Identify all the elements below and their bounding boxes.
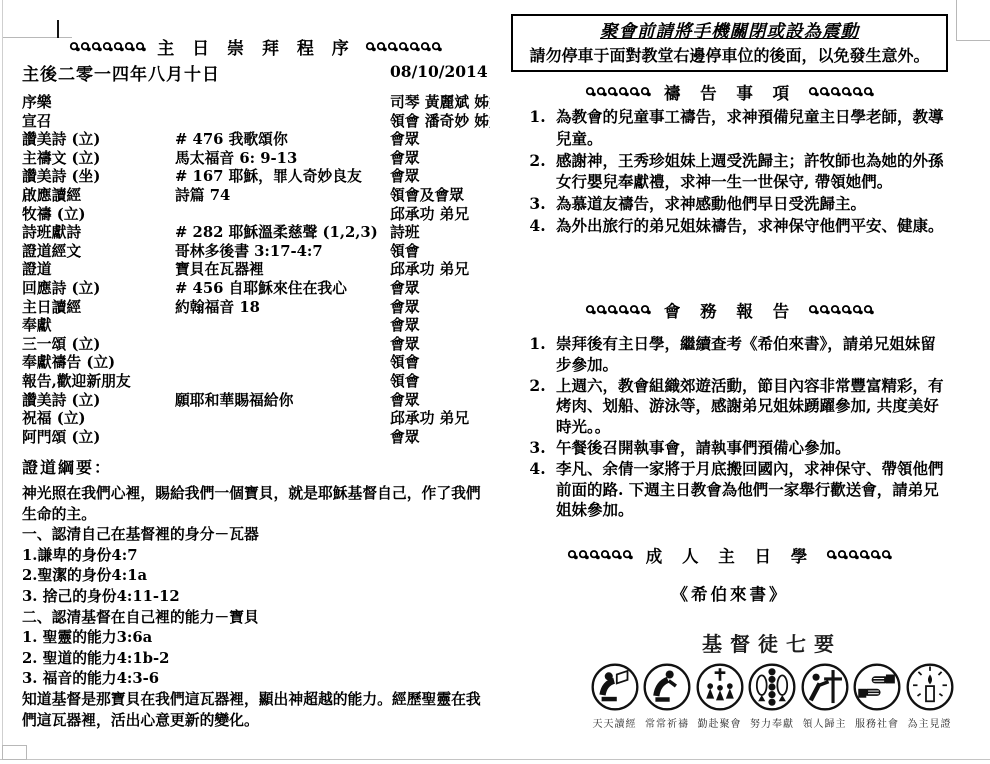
order-item-who: 會眾 [390, 429, 490, 448]
order-item-who: 邱承功 弟兄 [390, 261, 490, 280]
order-item-who: 會眾 [390, 150, 490, 169]
order-item-detail [175, 410, 390, 429]
text-boundary-mark-top-right-v [956, 0, 957, 40]
report-item: 午餐後召開執事會，請執事們預備心參加。 [551, 438, 949, 459]
essential-offering: 努力奉獻 [747, 662, 798, 730]
essential-label: 常常祈禱 [645, 715, 689, 730]
order-item-who: 會眾 [390, 392, 490, 411]
report-item: 上週六，教會組織郊遊活動，節目內容非常豐富精彩，有烤肉、划船、游泳等，感謝弟兄姐… [551, 376, 949, 438]
order-item-detail: # 476 我歌頌你 [175, 131, 390, 150]
order-item-detail [175, 336, 390, 355]
phone-notice: 聚會前請將手機關閉或設為震動 [515, 18, 944, 43]
order-item-detail [175, 206, 390, 225]
order-item-detail: 願耶和華賜福給你 [175, 392, 390, 411]
order-item-who: 會眾 [390, 168, 490, 187]
page-left-edge-line [2, 0, 3, 746]
date-numeric: 08/10/2014 [390, 60, 490, 85]
report-section-header: 會 務 報 告 [511, 298, 949, 322]
serve-society-icon [852, 662, 902, 712]
essential-serve-society: 服務社會 [852, 662, 903, 730]
chain-ornament-icon [585, 304, 652, 316]
order-row: 啟應讀經 詩篇 74 領會及會眾 [22, 187, 490, 206]
seven-essentials-title: 基督徒七要 [589, 628, 955, 657]
lead-to-christ-icon [800, 662, 850, 712]
seven-essentials-icons: 天天讀經 常常祈禱 [589, 662, 955, 730]
essential-read-bible: 天天讀經 [589, 662, 640, 730]
order-row: 奉獻禱告 (立) 領會 [22, 354, 490, 373]
essential-label: 勤赴聚會 [698, 715, 742, 730]
order-item-who: 領會 潘奇妙 姊妹 [390, 113, 490, 132]
order-item-who: 邱承功 弟兄 [390, 410, 490, 429]
order-item-name: 牧禱 (立) [22, 206, 175, 225]
sermon-outline-line: 二、認清基督在自己裡的能力－寶貝 [22, 608, 490, 629]
bulletin-title-row: 主 日 崇 拜 程 序 [22, 34, 490, 59]
order-row: 祝福 (立) 邱承功 弟兄 [22, 410, 490, 429]
order-item-detail: # 456 自耶穌來住在我心 [175, 280, 390, 299]
order-item-detail: # 167 耶穌，罪人奇妙良友 [175, 168, 390, 187]
order-row: 牧禱 (立) 邱承功 弟兄 [22, 206, 490, 225]
order-item-name: 報告,歡迎新朋友 [22, 373, 175, 392]
chain-ornament-icon [808, 304, 875, 316]
order-item-who: 領會 [390, 243, 490, 262]
notice-box: 聚會前請將手機關閉或設為震動 請勿停車于面對教堂右邊停車位的後面，以免發生意外。 [511, 14, 948, 72]
order-item-name: 啟應讀經 [22, 187, 175, 206]
order-row: 詩班獻詩 # 282 耶穌溫柔慈聲 (1,2,3) 詩班 [22, 224, 490, 243]
read-bible-icon [590, 662, 640, 712]
study-book-title: 《希伯來書》 [511, 581, 949, 605]
order-item-who: 會眾 [390, 131, 490, 150]
order-item-detail [175, 94, 390, 113]
order-item-name: 奉獻禱告 (立) [22, 354, 175, 373]
report-items: 崇拜後有主日學，繼續查考《希伯來書》，請弟兄姐妹留步參加。上週六，教會組織郊遊活… [519, 334, 949, 521]
order-item-name: 三一頌 (立) [22, 336, 175, 355]
order-item-name: 證道 [22, 261, 175, 280]
order-row: 回應詩 (立) # 456 自耶穌來住在我心 會眾 [22, 280, 490, 299]
order-item-who: 會眾 [390, 317, 490, 336]
report-item: 崇拜後有主日學，繼續查考《希伯來書》，請弟兄姐妹留步參加。 [551, 334, 949, 376]
essential-lead-to-christ: 領人歸主 [799, 662, 850, 730]
order-row: 讚美詩 (坐) # 167 耶穌，罪人奇妙良友 會眾 [22, 168, 490, 187]
announcements-page: 聚會前請將手機關閉或設為震動 請勿停車于面對教堂右邊停車位的後面，以免發生意外。… [511, 0, 949, 764]
essential-label: 努力奉獻 [750, 715, 794, 730]
order-item-name: 阿門頌 (立) [22, 429, 175, 448]
chain-ornament-icon [567, 549, 634, 561]
order-row: 證道 寶貝在瓦器裡 邱承功 弟兄 [22, 261, 490, 280]
chain-ornament-icon [365, 41, 443, 53]
order-item-name: 讚美詩 (立) [22, 131, 175, 150]
order-item-detail [175, 429, 390, 448]
text-boundary-mark-top-right-h [956, 40, 990, 41]
order-row: 奉獻 會眾 [22, 317, 490, 336]
prayer-item: 為慕道友禱告，求神感動他們早日受洗歸主。 [551, 193, 949, 215]
order-item-name: 回應詩 (立) [22, 280, 175, 299]
order-row: 主禱文 (立) 馬太福音 6: 9-13 會眾 [22, 150, 490, 169]
report-section-title: 會 務 報 告 [664, 298, 796, 322]
prayer-item: 感謝神，王秀珍姐妹上週受洗歸主；許牧師也為她的外孫女行嬰兒奉獻禮，求神一生一世保… [551, 150, 949, 194]
order-row: 三一頌 (立) 會眾 [22, 336, 490, 355]
order-item-detail: 詩篇 74 [175, 187, 390, 206]
sermon-outline: 神光照在我們心裡，賜給我們一個寶貝，就是耶穌基督自己，作了我們生命的主。 一、認… [22, 484, 490, 731]
order-row: 證道經文 哥林多後書 3:17-4:7 領會 [22, 243, 490, 262]
seven-essentials-block: 基督徒七要 天天讀經 [589, 628, 955, 730]
date-chinese: 主後二零一四年八月十日 [22, 60, 390, 85]
worship-order-list: 序樂 司琴 黃麗斌 姊妹 宣召 領會 潘奇妙 姊妹 讚美詩 (立) # 476 … [22, 94, 490, 447]
order-item-name: 宣召 [22, 113, 175, 132]
order-item-who: 會眾 [390, 299, 490, 318]
order-item-who: 詩班 [390, 224, 490, 243]
sermon-outline-line: 1.謙卑的身份4:7 [22, 546, 490, 567]
prayer-icon [642, 662, 692, 712]
order-item-detail [175, 354, 390, 373]
prayer-items: 為教會的兒童事工禱告，求神預備兒童主日學老師，教導兒童。感謝神，王秀珍姐妹上週受… [519, 106, 949, 237]
order-item-detail: 馬太福音 6: 9-13 [175, 150, 390, 169]
sermon-outline-title: 證道綱要： [22, 455, 112, 478]
prayer-item: 為外出旅行的弟兄姐妹禱告，求神保守他們平安、健康。 [551, 215, 949, 237]
order-item-who: 司琴 黃麗斌 姊妹 [390, 94, 490, 113]
order-row: 主日讀經 約翰福音 18 會眾 [22, 299, 490, 318]
sermon-outline-line: 2.聖潔的身份4:1a [22, 566, 490, 587]
order-item-name: 讚美詩 (坐) [22, 168, 175, 187]
essential-label: 領人歸主 [803, 715, 847, 730]
order-item-name: 讚美詩 (立) [22, 392, 175, 411]
sermon-outline-line: 知道基督是那寶貝在我們這瓦器裡，顯出神超越的能力。經歷聖靈在我們這瓦器裡，活出心… [22, 690, 490, 731]
order-item-name: 詩班獻詩 [22, 224, 175, 243]
essential-witness: 為主見證 [904, 662, 955, 730]
order-item-detail [175, 113, 390, 132]
order-item-name: 祝福 (立) [22, 410, 175, 429]
order-item-name: 序樂 [22, 94, 175, 113]
chain-ornament-icon [69, 41, 147, 53]
sermon-outline-line: 3. 捨己的身份4:11-12 [22, 587, 490, 608]
sermon-outline-line: 2. 聖道的能力4:1b-2 [22, 649, 490, 670]
offering-icon [747, 662, 797, 712]
sunday-school-header: 成 人 主 日 學 [511, 543, 949, 567]
parking-notice: 請勿停車于面對教堂右邊停車位的後面，以免發生意外。 [515, 43, 944, 66]
essential-label: 服務社會 [855, 715, 899, 730]
order-item-who: 邱承功 弟兄 [390, 206, 490, 225]
order-item-detail: # 282 耶穌溫柔慈聲 (1,2,3) [175, 224, 390, 243]
sunday-school-title: 成 人 主 日 學 [646, 543, 814, 567]
page-title: 主 日 崇 拜 程 序 [157, 34, 355, 59]
essential-pray: 常常祈禱 [642, 662, 693, 730]
witness-candle-icon [905, 662, 955, 712]
order-item-who: 領會 [390, 354, 490, 373]
order-row: 報告,歡迎新朋友 領會 [22, 373, 490, 392]
order-item-who: 領會及會眾 [390, 187, 490, 206]
essential-attend-church: 勤赴聚會 [694, 662, 745, 730]
order-item-detail [175, 317, 390, 336]
sermon-outline-line: 神光照在我們心裡，賜給我們一個寶貝，就是耶穌基督自己，作了我們生命的主。 [22, 484, 490, 525]
order-item-who: 會眾 [390, 336, 490, 355]
order-item-detail: 哥林多後書 3:17-4:7 [175, 243, 390, 262]
order-item-who: 會眾 [390, 280, 490, 299]
chain-ornament-icon [808, 86, 875, 98]
essential-label: 為主見證 [908, 715, 952, 730]
sermon-outline-line: 1. 聖靈的能力3:6a [22, 628, 490, 649]
date-line: 主後二零一四年八月十日 08/10/2014 [22, 60, 490, 85]
sermon-outline-line: 一、認清自己在基督裡的身分－瓦器 [22, 525, 490, 546]
chain-ornament-icon [585, 86, 652, 98]
order-row: 讚美詩 (立) 願耶和華賜福給你 會眾 [22, 392, 490, 411]
order-row: 序樂 司琴 黃麗斌 姊妹 [22, 94, 490, 113]
order-item-detail: 寶貝在瓦器裡 [175, 261, 390, 280]
report-item: 李凡、余倩一家將于月底搬回國內，求神保守、帶領他們前面的路. 下週主日教會為他們… [551, 459, 949, 521]
order-item-detail: 約翰福音 18 [175, 299, 390, 318]
order-item-name: 主禱文 (立) [22, 150, 175, 169]
sermon-outline-line: 3. 福音的能力4:3-6 [22, 669, 490, 690]
order-item-name: 奉獻 [22, 317, 175, 336]
prayer-item: 為教會的兒童事工禱告，求神預備兒童主日學老師，教導兒童。 [551, 106, 949, 150]
prayer-section-title: 禱 告 事 項 [664, 80, 796, 104]
order-row: 讚美詩 (立) # 476 我歌頌你 會眾 [22, 131, 490, 150]
church-gathering-icon [695, 662, 745, 712]
essential-label: 天天讀經 [593, 715, 637, 730]
order-row: 阿門頌 (立) 會眾 [22, 429, 490, 448]
order-item-name: 證道經文 [22, 243, 175, 262]
order-item-who: 領會 [390, 373, 490, 392]
order-item-detail [175, 373, 390, 392]
chain-ornament-icon [826, 549, 893, 561]
prayer-section-header: 禱 告 事 項 [511, 80, 949, 104]
order-row: 宣召 領會 潘奇妙 姊妹 [22, 113, 490, 132]
worship-order-page: 主 日 崇 拜 程 序 主後二零一四年八月十日 08/10/2014 序樂 司琴… [22, 34, 490, 754]
order-item-name: 主日讀經 [22, 299, 175, 318]
